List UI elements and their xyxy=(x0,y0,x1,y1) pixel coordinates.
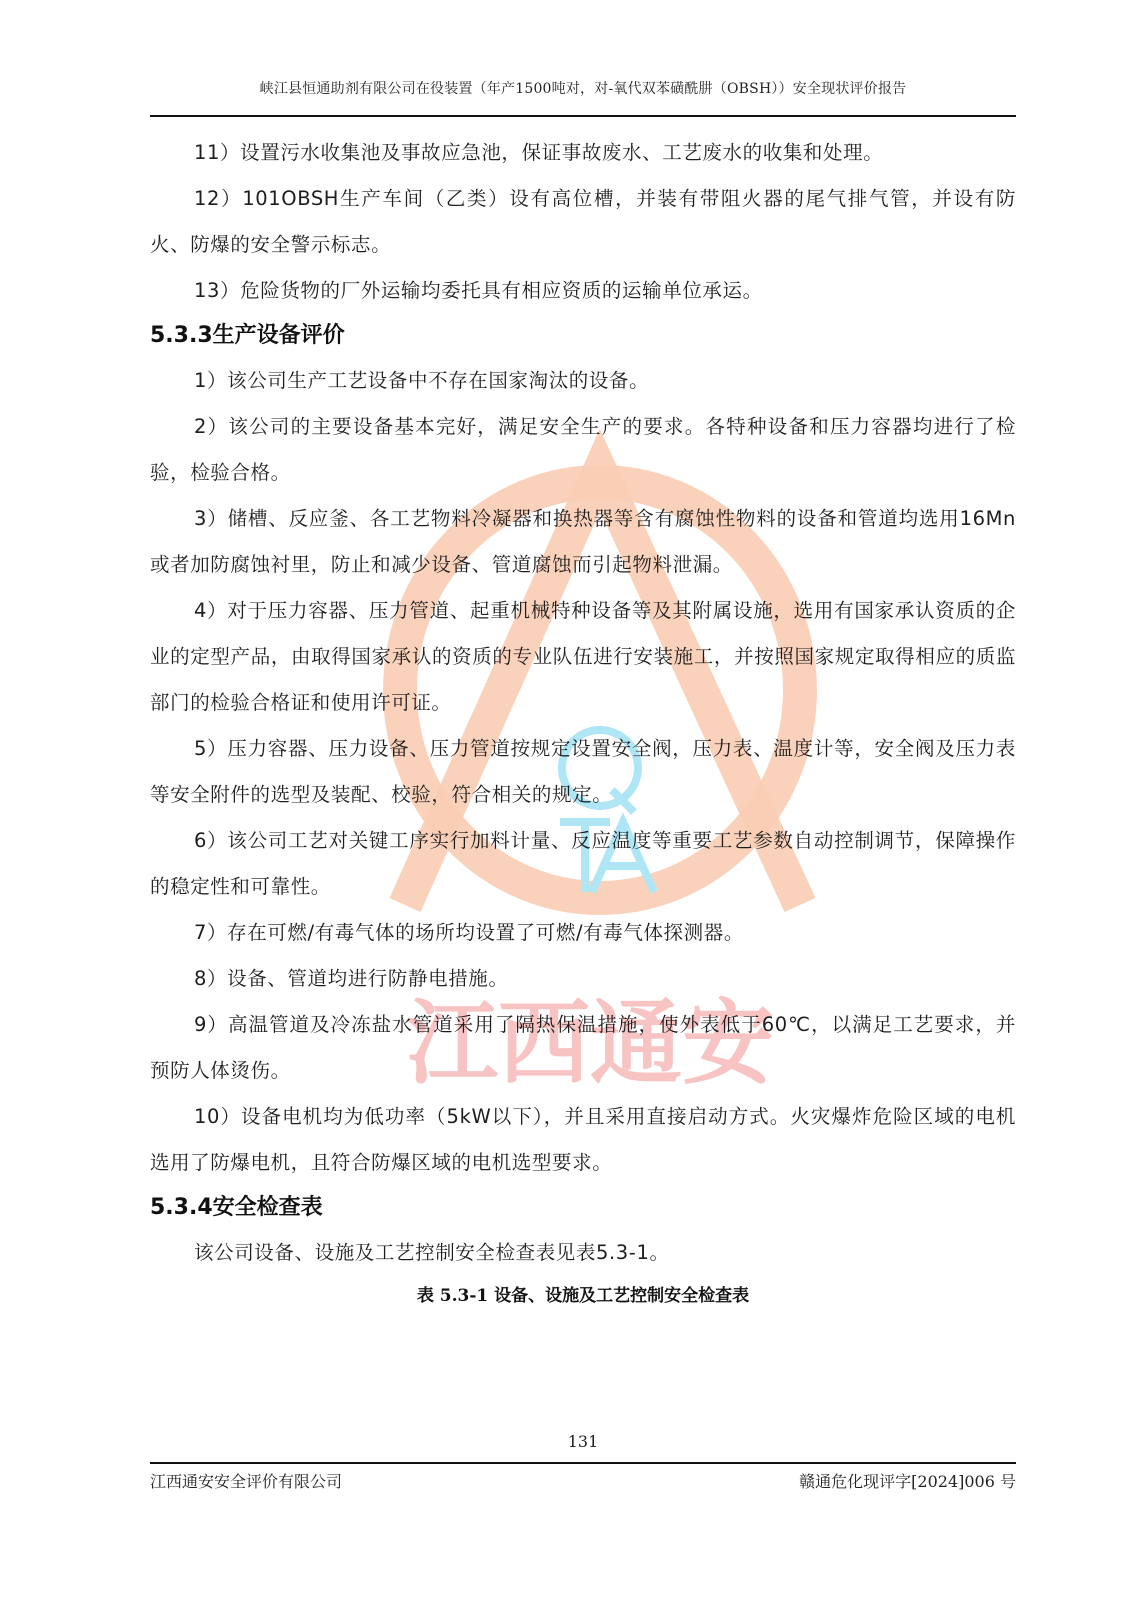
list-item-8: 8）设备、管道均进行防静电措施。 xyxy=(150,956,1016,1002)
footer-company: 江西通安安全评价有限公司 xyxy=(150,1469,342,1492)
header-divider xyxy=(150,115,1016,117)
list-item-12: 12）101OBSH生产车间（乙类）设有高位槽，并装有带阻火器的尾气排气管，并设… xyxy=(150,176,1016,268)
list-item-10: 10）设备电机均为低功率（5kW以下），并且采用直接启动方式。火灾爆炸危险区域的… xyxy=(150,1094,1016,1186)
list-item-13: 13）危险货物的厂外运输均委托具有相应资质的运输单位承运。 xyxy=(150,268,1016,314)
list-item-2: 2）该公司的主要设备基本完好，满足安全生产的要求。各特种设备和压力容器均进行了检… xyxy=(150,404,1016,496)
page-header-title: 峡江县恒通助剂有限公司在役装置（年产1500吨对，对-氧代双苯磺酰肼（OBSH）… xyxy=(150,78,1016,98)
document-body: 11）设置污水收集池及事故应急池，保证事故废水、工艺废水的收集和处理。 12）1… xyxy=(150,130,1016,1316)
list-item-3: 3）储槽、反应釜、各工艺物料冷凝器和换热器等含有腐蚀性物料的设备和管道均选用16… xyxy=(150,496,1016,588)
list-item-11: 11）设置污水收集池及事故应急池，保证事故废水、工艺废水的收集和处理。 xyxy=(150,130,1016,176)
section-intro: 该公司设备、设施及工艺控制安全检查表见表5.3-1。 xyxy=(150,1230,1016,1276)
list-item-7: 7）存在可燃/有毒气体的场所均设置了可燃/有毒气体探测器。 xyxy=(150,910,1016,956)
table-caption: 表 5.3-1 设备、设施及工艺控制安全检查表 xyxy=(150,1276,1016,1316)
list-item-5: 5）压力容器、压力设备、压力管道按规定设置安全阀，压力表、温度计等，安全阀及压力… xyxy=(150,726,1016,818)
page-number: 131 xyxy=(150,1432,1016,1451)
list-item-1: 1）该公司生产工艺设备中不存在国家淘汰的设备。 xyxy=(150,358,1016,404)
list-item-6: 6）该公司工艺对关键工序实行加料计量、反应温度等重要工艺参数自动控制调节，保障操… xyxy=(150,818,1016,910)
footer-divider xyxy=(150,1462,1016,1464)
list-item-4: 4）对于压力容器、压力管道、起重机械特种设备等及其附属设施，选用有国家承认资质的… xyxy=(150,588,1016,726)
footer-doc-number: 赣通危化现评字[2024]006 号 xyxy=(799,1469,1016,1492)
section-heading-5-3-3: 5.3.3生产设备评价 xyxy=(150,314,1016,358)
section-heading-5-3-4: 5.3.4安全检查表 xyxy=(150,1186,1016,1230)
list-item-9: 9）高温管道及冷冻盐水管道采用了隔热保温措施，使外表低于60℃，以满足工艺要求，… xyxy=(150,1002,1016,1094)
document-page: 江西通安 峡江县恒通助剂有限公司在役装置（年产1500吨对，对-氧代双苯磺酰肼（… xyxy=(0,0,1131,1600)
